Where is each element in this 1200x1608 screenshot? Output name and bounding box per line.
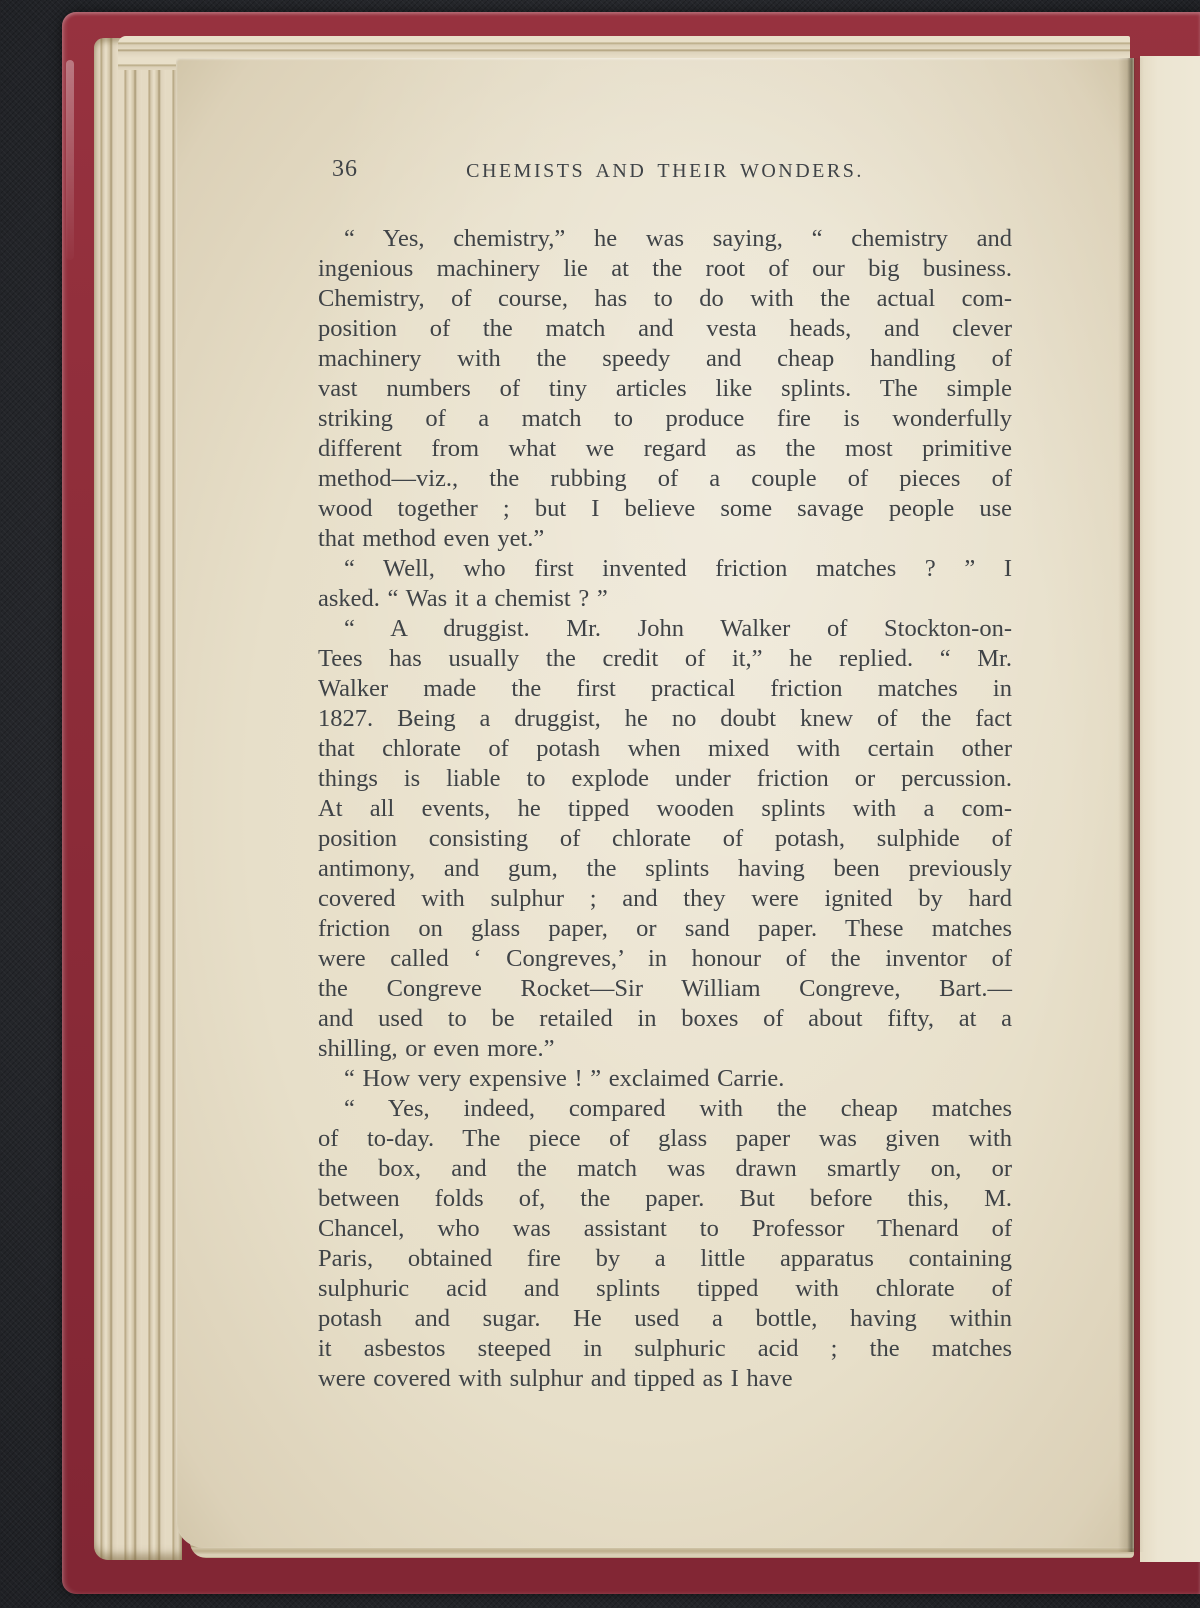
text-line: the box, and the match was drawn smartly… [318,1154,1012,1184]
text-line: vast numbers of tiny articles like splin… [318,374,1012,404]
text-line: ingenious machinery lie at the root of o… [318,254,1012,284]
text-line: things is liable to explode under fricti… [318,764,1012,794]
text-line: antimony, and gum, the splints having be… [318,854,1012,884]
facing-page-edge [1140,56,1200,1562]
page-body: “ Yes, chemistry,” he was saying, “ chem… [318,224,1012,1394]
text-line: sulphuric acid and splints tipped with c… [318,1274,1012,1304]
photo-background: 36 CHEMISTS AND THEIR WONDERS. “ Yes, ch… [0,0,1200,1608]
text-line: striking of a match to produce fire is w… [318,404,1012,434]
page-header: 36 CHEMISTS AND THEIR WONDERS. [318,160,1012,190]
text-line: Tees has usually the credit of it,” he r… [318,644,1012,674]
text-line: position of the match and vesta heads, a… [318,314,1012,344]
text-line: it asbestos steeped in sulphuric acid ; … [318,1334,1012,1364]
text-line: machinery with the speedy and cheap hand… [318,344,1012,374]
text-line: between folds of, the paper. But before … [318,1184,1012,1214]
text-line: “ How very expensive ! ” exclaimed Carri… [318,1064,1012,1094]
text-line: 1827. Being a druggist, he no doubt knew… [318,704,1012,734]
text-line: were covered with sulphur and tipped as … [318,1364,1012,1394]
text-line: “ Yes, indeed, compared with the cheap m… [318,1094,1012,1124]
page-edges-left [94,38,182,1560]
cover-wear-mark [66,60,74,260]
text-line: that chlorate of potash when mixed with … [318,734,1012,764]
text-line: and used to be retailed in boxes of abou… [318,1004,1012,1034]
book-page: 36 CHEMISTS AND THEIR WONDERS. “ Yes, ch… [176,58,1134,1548]
text-line: position consisting of chlorate of potas… [318,824,1012,854]
text-line: the Congreve Rocket—Sir William Congreve… [318,974,1012,1004]
page-number: 36 [332,156,358,183]
text-line: were called ‘ Congreves,’ in honour of t… [318,944,1012,974]
text-line: At all events, he tipped wooden splints … [318,794,1012,824]
text-line: covered with sulphur ; and they were ign… [318,884,1012,914]
text-line: method—viz., the rubbing of a couple of … [318,464,1012,494]
text-line: asked. “ Was it a chemist ? ” [318,584,1012,614]
text-line: wood together ; but I believe some savag… [318,494,1012,524]
text-line: “ Yes, chemistry,” he was saying, “ chem… [318,224,1012,254]
text-line: “ Well, who first invented friction matc… [318,554,1012,584]
gutter-crease [1118,58,1144,1552]
text-line: Paris, obtained fire by a little apparat… [318,1244,1012,1274]
text-line: Chemistry, of course, has to do with the… [318,284,1012,314]
text-line: potash and sugar. He used a bottle, havi… [318,1304,1012,1334]
text-line: that method even yet.” [318,524,1012,554]
text-line: shilling, or even more.” [318,1034,1012,1064]
text-line: friction on glass paper, or sand paper. … [318,914,1012,944]
running-header: CHEMISTS AND THEIR WONDERS. [318,160,1012,183]
text-line: Walker made the first practical friction… [318,674,1012,704]
text-line: different from what we regard as the mos… [318,434,1012,464]
text-line: Chancel, who was assistant to Professor … [318,1214,1012,1244]
text-line: of to-day. The piece of glass paper was … [318,1124,1012,1154]
text-line: “ A druggist. Mr. John Walker of Stockto… [318,614,1012,644]
